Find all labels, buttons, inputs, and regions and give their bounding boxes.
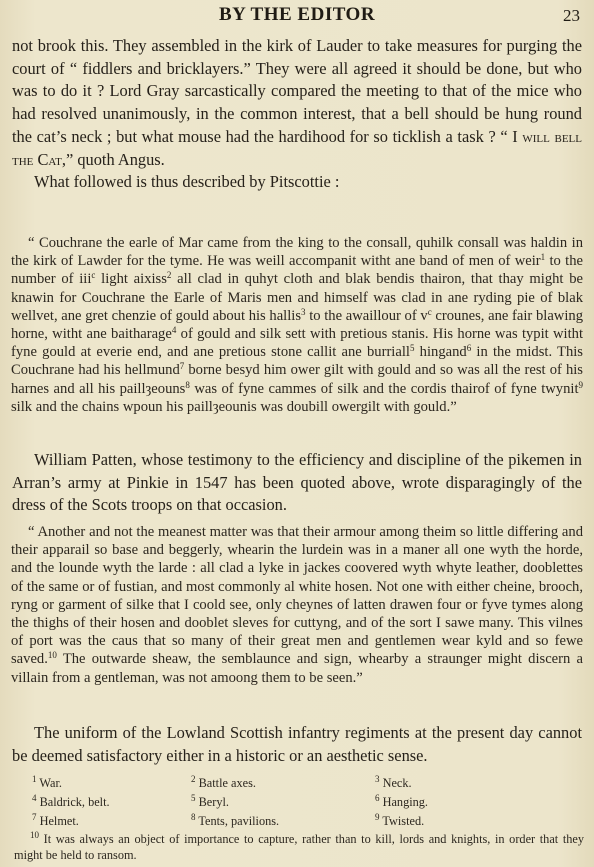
footnote-1: 1 War. [32, 775, 191, 792]
footnote-ref-10[interactable]: 10 [48, 650, 57, 660]
running-head-title: BY THE EDITOR [0, 4, 594, 26]
footnotes: 1 War. 2 Battle axes. 3 Neck. 4 Baldrick… [14, 775, 584, 863]
footnote-2: 2 Battle axes. [191, 775, 375, 792]
page-number: 23 [563, 6, 580, 26]
footnote-10: 10 It was always an object of importance… [14, 832, 584, 863]
footnote-3: 3 Neck. [375, 775, 575, 792]
footnote-4: 4 Baldrick, belt. [32, 794, 191, 811]
footnote-8: 8 Tents, pavilions. [191, 813, 375, 830]
blockquote-pitscottie: “ Couchrane the earle of Mar came from t… [11, 234, 583, 416]
footnote-grid: 1 War. 2 Battle axes. 3 Neck. 4 Baldrick… [32, 775, 584, 830]
footnote-9: 9 Twisted. [375, 813, 575, 830]
paragraph-lauder: not brook this. They assembled in the ki… [12, 35, 582, 171]
paragraph-patten: William Patten, whose testimony to the e… [12, 449, 582, 517]
footnote-ref-9[interactable]: 9 [579, 380, 584, 390]
footnote-6: 6 Hanging. [375, 794, 575, 811]
paragraph-lowland-uniform: The uniform of the Lowland Scottish infa… [12, 722, 582, 767]
blockquote-patten: “ Another and not the meanest matter was… [11, 523, 583, 687]
footnote-5: 5 Beryl. [191, 794, 375, 811]
footnote-7: 7 Helmet. [32, 813, 191, 830]
book-page: BY THE EDITOR 23 not brook this. They as… [0, 0, 594, 867]
running-head: BY THE EDITOR 23 [0, 4, 594, 28]
paragraph-pitscottie-intro: What followed is thus described by Pitsc… [12, 171, 582, 194]
